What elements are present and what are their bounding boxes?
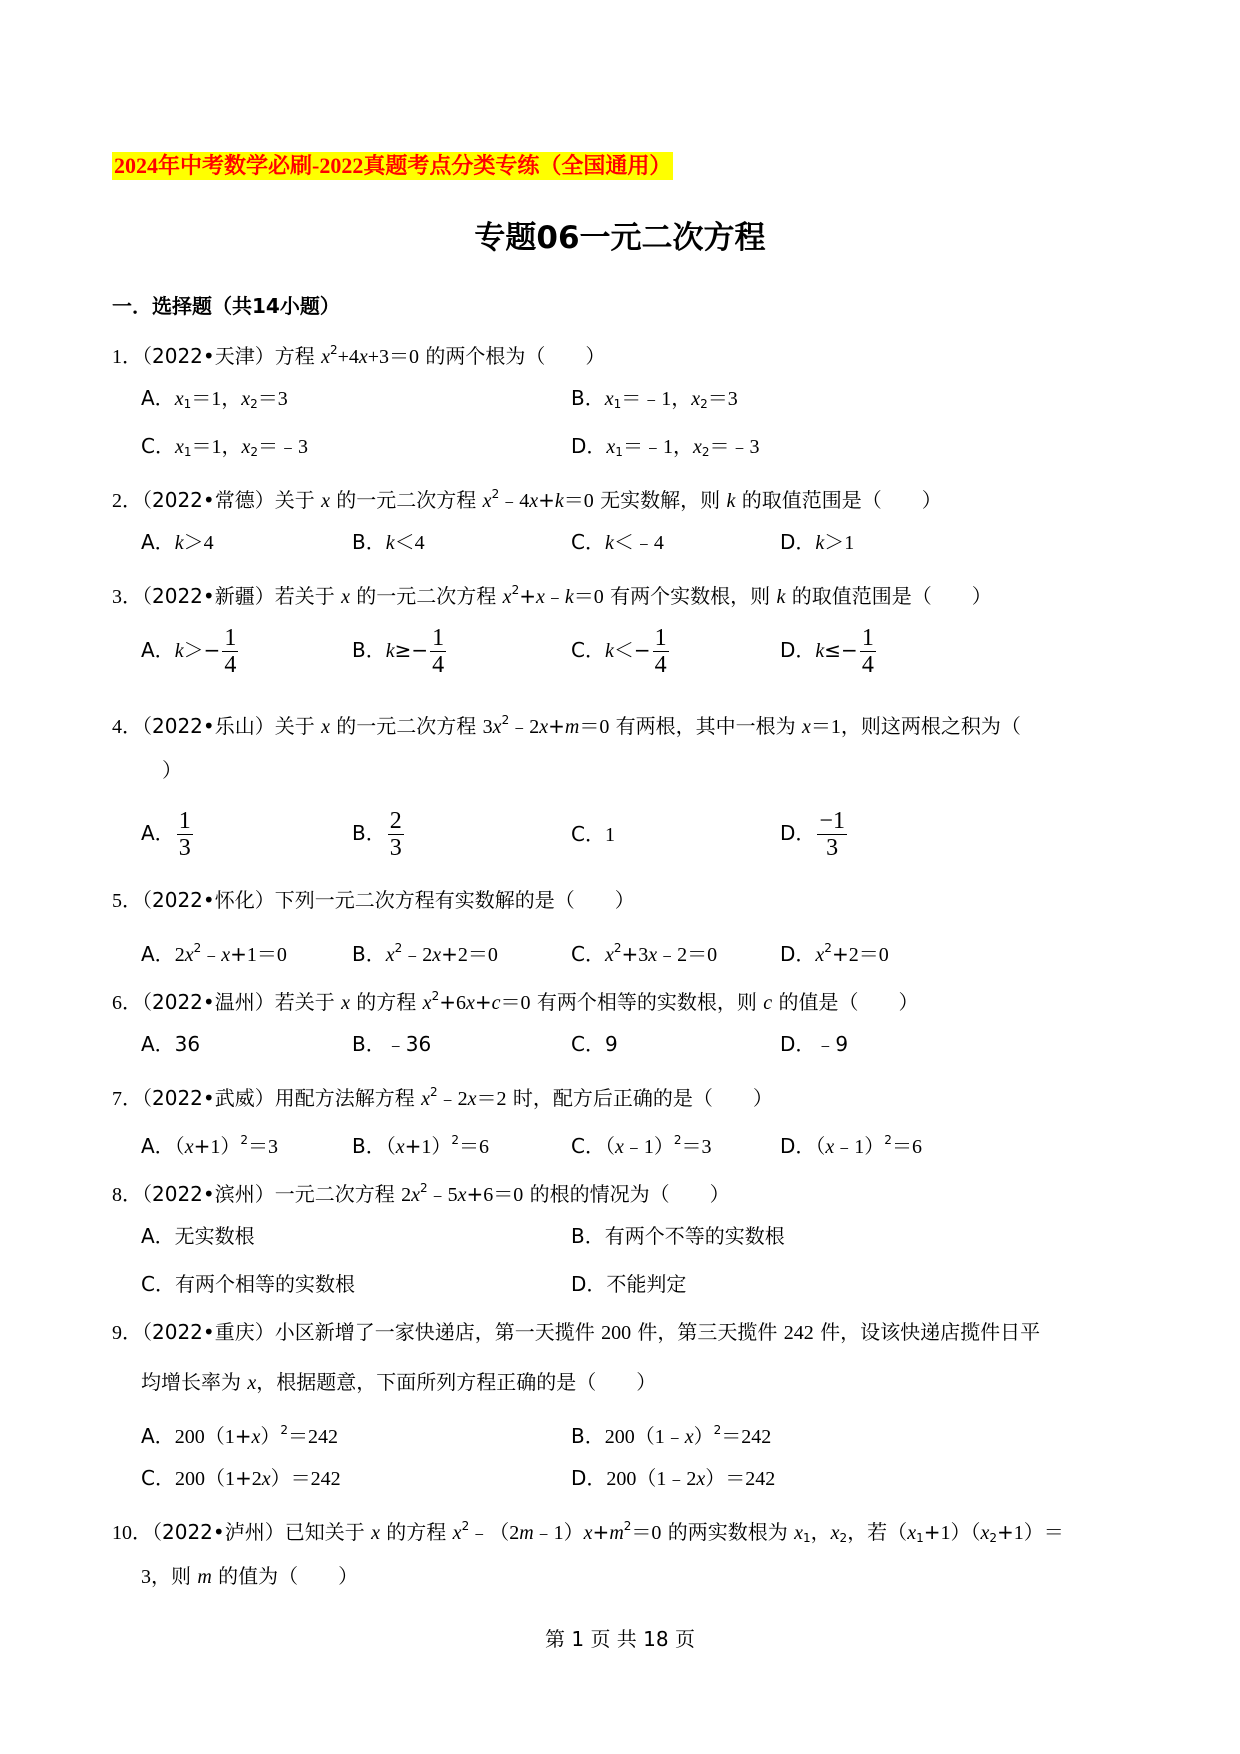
q7-option-c: C．（x﹣1）2＝3 [571,1126,712,1161]
banner-header: 2024年中考数学必刷-2022真题考点分类专练（全国通用） [112,152,673,180]
q8-option-a: A．无实数根 [141,1222,255,1250]
question-9: 9．（2022•重庆）小区新增了一家快递店，第一天揽件 200 件，第三天揽件 … [112,1318,1040,1347]
question-9-cont: 均增长率为 x，根据题意，下面所列方程正确的是（ ） [141,1368,656,1397]
question-6: 6．（2022•温州）若关于 x 的方程 x2+6x+c＝0 有两个相等的实数根… [112,982,918,1017]
q8-option-b: B．有两个不等的实数根 [571,1222,785,1250]
question-7: 7．（2022•武威）用配方法解方程 x2﹣2x＝2 时，配方后正确的是（ ） [112,1078,773,1113]
q2-option-b: B．k＜4 [352,528,425,557]
section-heading: 一．选择题（共14小题） [112,290,340,319]
q1-option-b: B．x1＝﹣1，x2＝3 [571,384,738,418]
q3-option-c: C．k＜−14 [571,625,669,678]
q2-option-d: D．k＞1 [780,528,854,557]
q8-option-d: D．不能判定 [571,1270,686,1298]
q2-option-a: A．k＞4 [141,528,214,557]
question-10-cont: 3，则 m 的值为（ ） [141,1562,358,1591]
q2-option-c: C．k＜﹣4 [571,528,664,557]
question-10: 10．（2022•泸州）已知关于 x 的方程 x2﹣（2m﹣1）x+m2＝0 的… [112,1512,1064,1552]
q3-option-d: D．k≤−14 [780,625,876,678]
question-5: 5．（2022•怀化）下列一元二次方程有实数解的是（ ） [112,886,635,915]
q9-option-c: C．200（1+2x）＝242 [141,1464,341,1493]
q4-option-a: A．13 [141,808,193,861]
q6-option-a: A．36 [141,1030,200,1058]
q3-option-a: A．k＞−14 [141,625,238,678]
q3-option-b: B．k≥−14 [352,625,446,678]
question-1: 1．（2022•天津）方程 x2+4x+3＝0 的两个根为（ ） [112,336,605,371]
q5-option-a: A．2x2﹣x+1＝0 [141,934,287,969]
question-3: 3．（2022•新疆）若关于 x 的一元二次方程 x2+x﹣k＝0 有两个实数根… [112,576,992,611]
q7-option-b: B．（x+1）2＝6 [352,1126,489,1161]
question-4-cont: ） [162,756,182,784]
q9-option-d: D．200（1﹣2x）＝242 [571,1464,775,1493]
page-title: 专题06一元二次方程 [0,212,1240,257]
q4-option-b: B．23 [352,808,404,861]
q9-option-b: B．200（1﹣x）2＝242 [571,1416,771,1451]
q9-option-a: A．200（1+x）2＝242 [141,1416,338,1451]
q5-option-d: D．x2+2＝0 [780,934,889,969]
page-footer: 第 1 页 共 18 页 [0,1623,1240,1652]
question-8: 8．（2022•滨州）一元二次方程 2x2﹣5x+6＝0 的根的情况为（ ） [112,1174,730,1209]
q6-option-d: D．﹣9 [780,1030,848,1058]
q1-option-d: D．x1＝﹣1，x2＝﹣3 [571,432,759,466]
q7-option-a: A．（x+1）2＝3 [141,1126,278,1161]
q4-option-d: D．−13 [780,808,847,861]
q6-option-c: C．9 [571,1030,618,1058]
q1-option-c: C．x1＝1，x2＝﹣3 [141,432,308,466]
q5-option-b: B．x2﹣2x+2＝0 [352,934,498,969]
q1-option-a: A．x1＝1，x2＝3 [141,384,288,418]
q4-option-c: C．1 [571,820,615,849]
q7-option-d: D．（x﹣1）2＝6 [780,1126,922,1161]
q8-option-c: C．有两个相等的实数根 [141,1270,355,1298]
question-2: 2．（2022•常德）关于 x 的一元二次方程 x2﹣4x+k＝0 无实数解，则… [112,480,942,515]
q5-option-c: C．x2+3x﹣2＝0 [571,934,717,969]
question-4: 4．（2022•乐山）关于 x 的一元二次方程 3x2﹣2x+m＝0 有两根，其… [112,706,1021,741]
q6-option-b: B．﹣36 [352,1030,431,1058]
